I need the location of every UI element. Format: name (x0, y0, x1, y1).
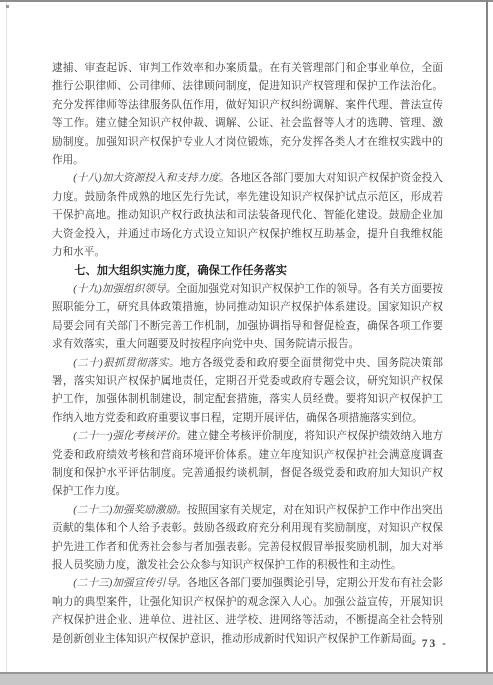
page-top-edge (0, 0, 493, 2)
page-text-block: 逮捕、审查起诉、审判工作效率和办案质量。在有关管理部门和企事业单位，全面推行公职… (52, 60, 443, 649)
scanned-document-page: 逮捕、审查起诉、审判工作效率和办案质量。在有关管理部门和企事业单位，全面推行公职… (0, 0, 493, 685)
paragraph: (二十一)强化考核评价。建立健全考核评价制度，将知识产权保护绩效纳入地方党委和政… (52, 428, 443, 502)
scan-artifact (6, 5, 9, 8)
paragraph: (十八)加大资源投入和支持力度。各地区各部门要加大对知识产权保护资金投入力度。鼓… (52, 170, 443, 262)
page-number: - 73 - (411, 638, 448, 650)
paragraph-lead: (二十一)强化考核评价。 (73, 431, 187, 442)
paragraph: (二十)狠抓贯彻落实。地方各级党委和政府要全面贯彻党中央、国务院决策部署，落实知… (52, 355, 443, 429)
paragraph: (十九)加强组织领导。全面加强党对知识产权保护工作的领导。各有关方面要按照职能分… (52, 281, 443, 355)
page-left-edge (6, 2, 7, 672)
page-right-edge (486, 0, 488, 673)
paragraph-text: 各地区各部门要加大对知识产权保护资金投入力度。鼓励条件成熟的地区先行先试，率先建… (52, 173, 443, 258)
section-heading: 七、加大组织实施力度，确保工作任务落实 (52, 262, 443, 280)
page-bottom-shadow (0, 674, 493, 685)
paragraph-lead: (十八)加大资源投入和支持力度。 (73, 173, 230, 184)
paragraph: (二十三)加强宣传引导。各地区各部门要加强舆论引导，定期公开发布有社会影响力的典… (52, 575, 443, 649)
paragraph-lead: (十九)加强组织领导。 (73, 284, 176, 295)
paragraph: 逮捕、审查起诉、审判工作效率和办案质量。在有关管理部门和企事业单位，全面推行公职… (52, 60, 443, 170)
paragraph-lead: (二十三)加强宣传引导。 (73, 578, 187, 589)
paragraph-text: 逮捕、审查起诉、审判工作效率和办案质量。在有关管理部门和企事业单位，全面推行公职… (52, 63, 443, 166)
paragraph-lead: (二十二)加强奖励激励。 (73, 505, 187, 516)
paragraph-lead: (二十)狠抓贯彻落实。 (73, 358, 180, 369)
paragraph: (二十二)加强奖励激励。按照国家有关规定，对在知识产权保护工作中作出突出贡献的集… (52, 502, 443, 576)
